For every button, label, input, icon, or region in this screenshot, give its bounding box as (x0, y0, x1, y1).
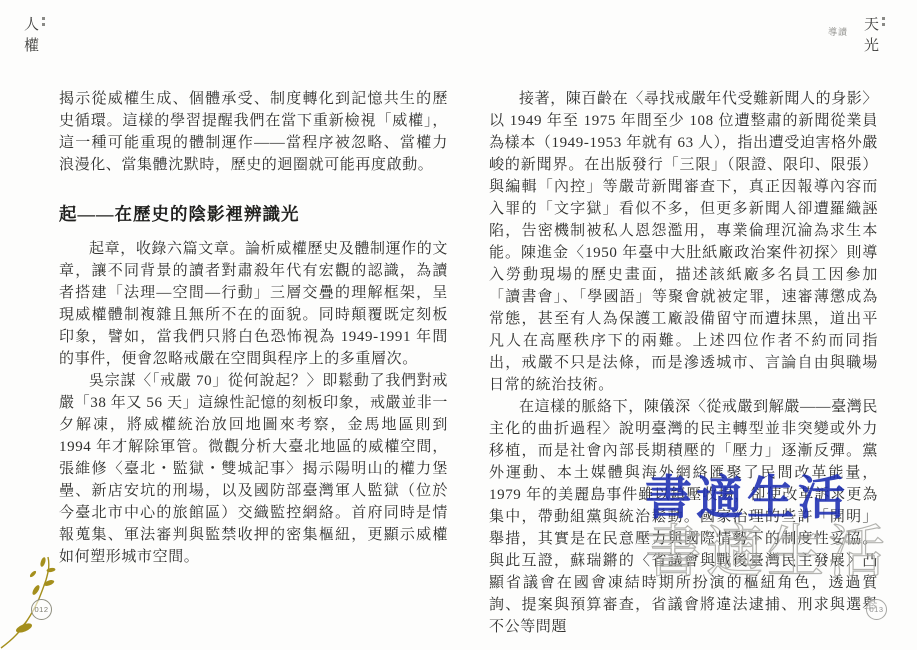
left-paragraph: 起章，收錄六篇文章。論析威權歷史及體制運作的文章，讓不同背景的讀者對肅殺年代有宏… (59, 238, 448, 370)
left-title-annotation-marks (42, 17, 46, 29)
right-page-number: 013 (866, 599, 887, 620)
left-intro-paragraph: 揭示從威權生成、個體承受、制度轉化到記憶共生的歷史循環。這樣的學習提醒我們在當下… (59, 88, 448, 176)
right-running-head: 天光 (860, 16, 881, 58)
left-running-head: 人權 (20, 16, 41, 58)
watermark-outline: 書適生活 (645, 506, 889, 588)
vine-decoration-icon (0, 543, 115, 650)
book-spread: 人權 天光 導讀 揭示從威權生成、個體承受、制度轉化到記憶共生的歷史循環。這樣的… (0, 0, 917, 650)
left-page-number: 012 (31, 599, 52, 620)
chapter-heading: 起——在歷史的陰影裡辨識光 (59, 202, 448, 226)
right-title-annotation-marks (882, 17, 886, 29)
left-paragraph: 吳宗謀〈「戒嚴 70」從何說起？〉即鬆動了我們對戒嚴「38 年又 56 天」這線… (59, 370, 448, 568)
section-label: 導讀 (828, 25, 848, 38)
right-paragraph: 接著，陳百齡在〈尋找戒嚴年代受難新聞人的身影〉以 1949 年至 1975 年間… (489, 88, 878, 396)
left-page-text-column: 揭示從威權生成、個體承受、制度轉化到記憶共生的歷史循環。這樣的學習提醒我們在當下… (59, 88, 448, 568)
